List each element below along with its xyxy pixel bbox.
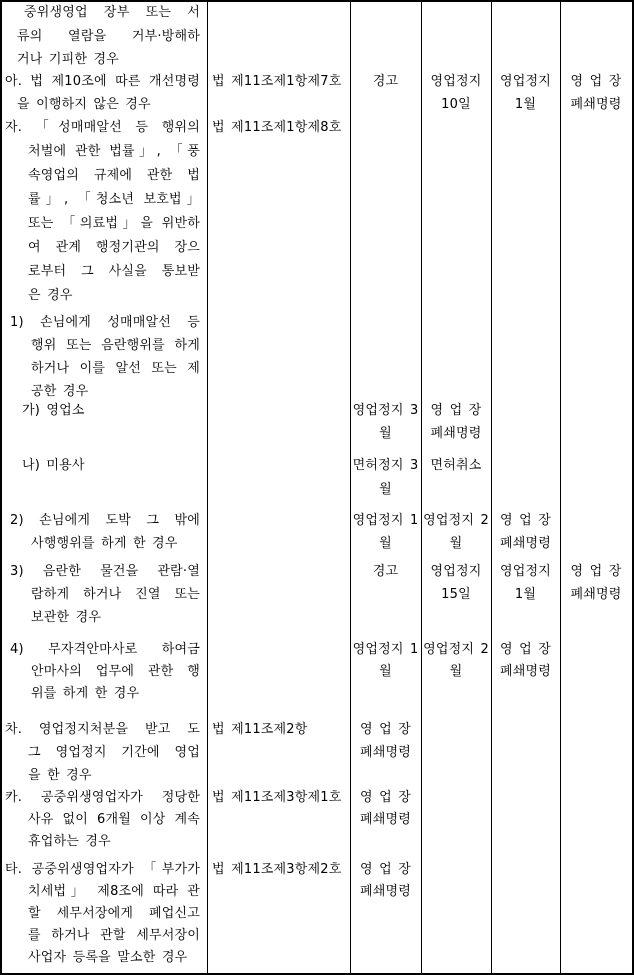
violation-line: 또는 「의료법」을 위반하 <box>28 213 200 235</box>
violation-line: 을 한 경우 <box>28 765 92 787</box>
violation-line: 속영업의 규제에 관한 법 <box>28 165 200 187</box>
penalty-line: 월 <box>351 661 420 683</box>
penalty-line: 영업정지 <box>422 561 490 583</box>
penalty-line: 경고 <box>351 71 420 93</box>
violation-line: 처벌에 관한 법률」, 「풍 <box>28 141 200 163</box>
column-divider-4 <box>491 2 492 973</box>
violation-line: 률」, 「청소년 보호법」 <box>28 189 200 211</box>
violation-line: 1) 손님에게 성매매알선 등 <box>10 312 200 334</box>
penalty-line: 영 업 장 <box>422 400 490 422</box>
column-divider-5 <box>560 2 561 973</box>
violation-line: 행위 또는 음란행위를 하게 <box>31 335 200 357</box>
penalty-line: 영업정지 <box>422 71 490 93</box>
penalty-line: 1월 <box>492 584 559 606</box>
violation-line: 자. 「성매매알선 등 행위의 <box>5 117 200 139</box>
basis-text: 법 제11조제3항제1호 <box>212 787 342 809</box>
penalty-line: 영업정지 1 <box>351 510 420 532</box>
violation-line: 타. 공중위생영업자가 「부가가 <box>5 859 200 881</box>
violation-line: 거나 기피한 경우 <box>17 49 119 71</box>
violation-line: 할 세무서장에게 폐업신고 <box>28 903 200 925</box>
violation-line: 3) 음란한 물건을 관람·열 <box>10 561 200 583</box>
violation-line: 사행행위를 하게 한 경우 <box>31 533 178 555</box>
violation-line: 을 이행하지 않은 경우 <box>17 94 151 116</box>
basis-text: 법 제11조제1항제8호 <box>212 117 342 139</box>
penalty-line: 영업정지 1 <box>351 639 420 661</box>
penalty-line: 영 업 장 <box>492 639 559 661</box>
violation-line: 람하게 하거나 진열 또는 <box>31 584 200 606</box>
penalty-line: 영업정지 <box>492 71 559 93</box>
penalty-line: 영 업 장 <box>351 787 420 809</box>
violation-line: 2) 손님에게 도박 그 밖에 <box>10 510 200 532</box>
penalty-line: 월 <box>422 661 490 683</box>
violation-line: 차. 영업정지처분을 받고 도 <box>5 719 200 741</box>
penalty-line: 월 <box>422 533 490 555</box>
penalty-line: 폐쇄명령 <box>351 742 420 764</box>
violation-line: 4) 무자격안마사로 하여금 <box>10 639 200 661</box>
violation-line: 사업자 등록을 말소한 경우 <box>28 947 187 969</box>
penalty-line: 월 <box>351 533 420 555</box>
column-divider-3 <box>421 2 422 973</box>
violation-line: 류의 열람을 거부·방해하 <box>17 26 200 48</box>
basis-text: 법 제11조제2항 <box>212 719 308 741</box>
violation-line: 카. 공중위생영업자가 정당한 <box>5 787 200 809</box>
penalty-line: 월 <box>351 479 420 501</box>
penalty-line: 영 업 장 <box>351 719 420 741</box>
penalty-line: 영 업 장 <box>561 561 631 583</box>
basis-text: 법 제11조제3항제2호 <box>212 859 342 881</box>
penalty-line: 영 업 장 <box>351 859 420 881</box>
penalty-line: 폐쇄명령 <box>422 423 490 445</box>
penalty-line: 10일 <box>422 94 490 116</box>
violation-line: 를 하거나 관할 세무서장이 <box>28 925 200 947</box>
penalty-line: 폐쇄명령 <box>492 661 559 683</box>
penalty-line: 폐쇄명령 <box>561 94 631 116</box>
violation-line: 그 영업정지 기간에 영업 <box>28 742 200 764</box>
penalty-line: 폐쇄명령 <box>492 533 559 555</box>
penalty-line: 1월 <box>492 94 559 116</box>
violation-line: 가) 영업소 <box>22 400 85 422</box>
violation-line: 위를 하게 한 경우 <box>31 683 139 705</box>
basis-text: 법 제11조제1항제7호 <box>212 71 342 93</box>
penalty-line: 영 업 장 <box>492 510 559 532</box>
penalty-line: 영업정지 3 <box>351 400 420 422</box>
column-divider-1 <box>207 2 208 973</box>
violation-line: 하거나 이를 알선 또는 제 <box>31 358 200 380</box>
violation-line: 안마사의 업무에 관한 행 <box>31 661 200 683</box>
document-page: 중위생영업 장부 또는 서류의 열람을 거부·방해하거나 기피한 경우아. 법 … <box>0 0 634 975</box>
violation-line: 은 경우 <box>28 285 73 307</box>
penalty-line: 경고 <box>351 561 420 583</box>
penalty-line: 월 <box>351 423 420 445</box>
penalty-line: 면허취소 <box>422 455 490 477</box>
penalty-line: 15일 <box>422 584 490 606</box>
violation-line: 보관한 경우 <box>31 607 101 629</box>
penalty-line: 폐쇄명령 <box>351 809 420 831</box>
violation-line: 중위생영업 장부 또는 서 <box>24 2 200 24</box>
penalty-line: 영업정지 2 <box>422 510 490 532</box>
violation-line: 여 관계 행정기관의 장으 <box>28 237 200 259</box>
penalty-line: 영업정지 2 <box>422 639 490 661</box>
violation-line: 사유 없이 6개월 이상 계속 <box>28 809 200 831</box>
penalty-line: 면허정지 3 <box>351 455 420 477</box>
violation-line: 로부터 그 사실을 통보받 <box>28 261 200 283</box>
penalty-line: 영 업 장 <box>561 71 631 93</box>
penalty-line: 폐쇄명령 <box>351 881 420 903</box>
violation-line: 휴업하는 경우 <box>28 831 111 853</box>
penalty-line: 영업정지 <box>492 561 559 583</box>
penalty-line: 폐쇄명령 <box>561 584 631 606</box>
violation-line: 아. 법 제10조에 따른 개선명령 <box>5 71 200 93</box>
violation-line: 치세법」 제8조에 따라 관 <box>28 881 200 903</box>
violation-line: 나) 미용사 <box>22 455 85 477</box>
